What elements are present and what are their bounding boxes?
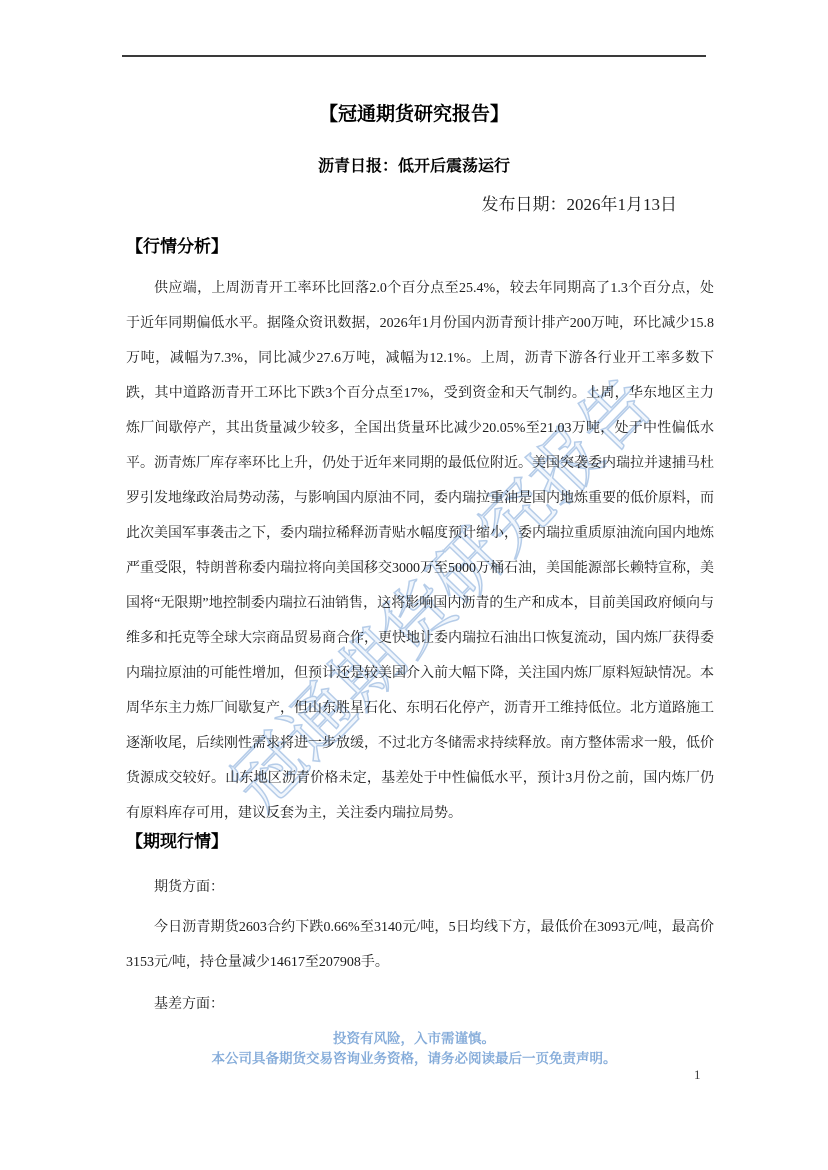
futures-label: 期货方面： (126, 878, 714, 898)
report-page: 冠通期货研究报告 【冠通期货研究报告】 沥青日报：低开后震荡运行 发布日期：20… (0, 0, 828, 1170)
futures-paragraph: 今日沥青期货2603合约下跌0.66%至3140元/吨，5日均线下方，最低价在3… (126, 910, 714, 980)
footer-risk-line: 投资有风险，入市需谨慎。 (0, 1029, 828, 1049)
report-title: 【冠通期货研究报告】 (0, 99, 828, 126)
section-heading-analysis: 【行情分析】 (126, 237, 714, 257)
basis-label: 基差方面： (126, 995, 714, 1015)
analysis-paragraph: 供应端，上周沥青开工率环比回落2.0个百分点至25.4%，较去年同期高了1.3个… (126, 271, 714, 831)
report-subtitle: 沥青日报：低开后震荡运行 (0, 153, 828, 176)
section-heading-market: 【期现行情】 (126, 832, 714, 852)
report-body: 【行情分析】 供应端，上周沥青开工率环比回落2.0个百分点至25.4%，较去年同… (126, 237, 714, 1015)
header-rule (122, 55, 706, 57)
footer-disclaimer: 投资有风险，入市需谨慎。 本公司具备期货交易咨询业务资格，请务必阅读最后一页免责… (0, 1029, 828, 1069)
page-number: 1 (694, 1067, 701, 1083)
publish-date: 发布日期：2026年1月13日 (0, 190, 677, 215)
footer-qualification-line: 本公司具备期货交易咨询业务资格，请务必阅读最后一页免责声明。 (0, 1049, 828, 1069)
